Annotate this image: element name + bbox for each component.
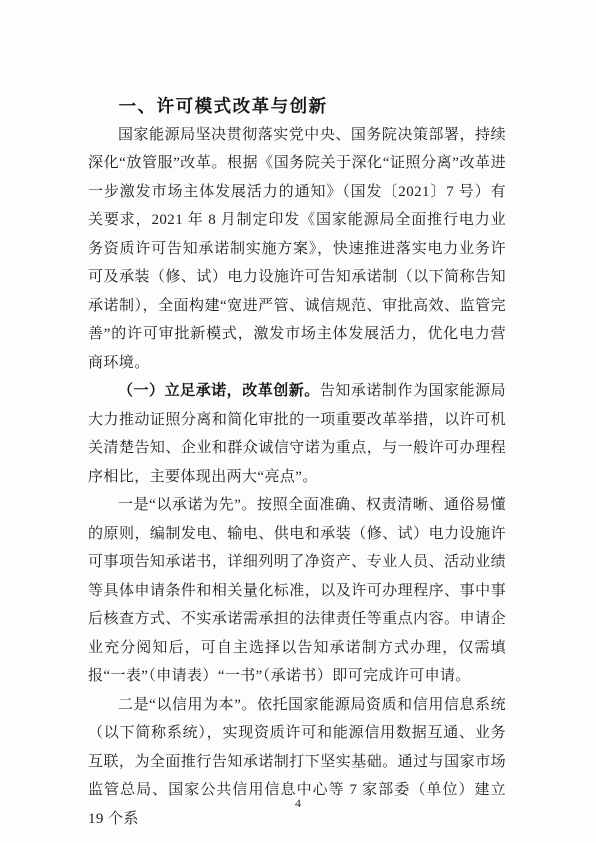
document-content: 一、许可模式改革与创新 国家能源局坚决贯彻落实党中央、国务院决策部署，持续深化“…: [88, 92, 506, 833]
paragraph-point-1: 一是“以承诺为先”。按照全面准确、权责清晰、通俗易懂的原则，编制发电、输电、供电…: [88, 491, 506, 691]
paragraph-text: 一是“以承诺为先”。按照全面准确、权责清晰、通俗易懂的原则，编制发电、输电、供电…: [88, 497, 506, 684]
page-number: 4: [0, 796, 596, 811]
section-heading: 一、许可模式改革与创新: [88, 92, 506, 121]
paragraph-lead: （一）立足承诺，改革创新。: [118, 383, 320, 399]
paragraph-text: 国家能源局坚决贯彻落实党中央、国务院决策部署，持续深化“放管服”改革。根据《国务…: [88, 127, 506, 371]
paragraph-subsection-1: （一）立足承诺，改革创新。告知承诺制作为国家能源局大力推动证照分离和简化审批的一…: [88, 377, 506, 491]
paragraph-intro: 国家能源局坚决贯彻落实党中央、国务院决策部署，持续深化“放管服”改革。根据《国务…: [88, 121, 506, 378]
paragraph-point-2: 二是“以信用为本”。依托国家能源局资质和信用信息系统（以下简称系统），实现资质许…: [88, 691, 506, 834]
document-page: 一、许可模式改革与创新 国家能源局坚决贯彻落实党中央、国务院决策部署，持续深化“…: [0, 0, 596, 843]
